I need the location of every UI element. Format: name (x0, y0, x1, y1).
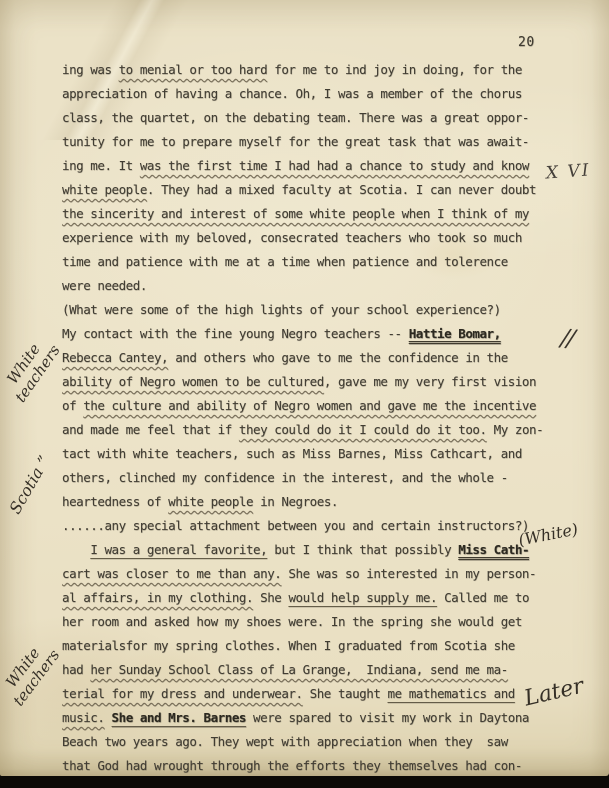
typed-text-segment: others, clinched my confidence in the in… (62, 470, 508, 485)
typed-line: that God had wrought through the efforts… (62, 754, 562, 778)
typed-line: terial for my dress and underwear. She t… (62, 682, 562, 706)
typed-line: al affairs, in my clothing. She would he… (62, 586, 562, 610)
typed-text-segment (62, 542, 90, 557)
typed-text-segment: were needed. (62, 278, 147, 293)
typed-line: experience with my beloved, consecrated … (62, 226, 562, 250)
handwritten-note-white-teachers-2: White teachers (0, 631, 68, 715)
underlined-text: I was a general favorite, (90, 542, 267, 557)
typed-text-segment: had (62, 662, 90, 677)
typed-line: were needed. (62, 274, 562, 298)
typed-text-segment: that God had wrought through the efforts… (62, 758, 522, 773)
typed-text-segment: materialsfor my spring clothes. When I g… (62, 638, 515, 653)
underlined-text: the culture and ability of Negro women a… (83, 398, 536, 413)
handwritten-note-white-teachers-1: White teachers (0, 327, 67, 410)
typed-text-segment: tact with white teachers, such as Miss B… (62, 446, 522, 461)
typed-text-segment: She was so interested in my person- (281, 566, 536, 581)
underlined-text: the sincerity and interest of some white… (62, 206, 529, 221)
typed-text-segment: and made me feel that if (62, 422, 239, 437)
page-number: 20 (518, 35, 535, 50)
typed-line: Beach two years ago. They wept with appr… (62, 730, 562, 754)
typed-line: I was a general favorite, but I think th… (62, 538, 562, 562)
typed-line: ......any special attachment between you… (62, 514, 562, 538)
typed-text-segment: her room and asked how my shoes were. In… (62, 614, 522, 629)
underlined-text: Rebecca Cantey, (62, 350, 168, 365)
typed-text-segment: for me to ind joy in doing, for the (267, 62, 522, 77)
typed-line: others, clinched my confidence in the in… (62, 466, 562, 490)
underlined-text: Miss Cath- (458, 542, 529, 557)
underlined-text: Hattie Bomar, (409, 326, 501, 341)
typed-text-segment: , gave me my very first vision (324, 374, 536, 389)
typed-text-segment: of (62, 398, 83, 413)
underlined-text: me mathematics and (388, 686, 515, 701)
typed-line: ability of Negro women to be cultured, g… (62, 370, 562, 394)
underlined-text: ability of Negro women to be cultured (62, 374, 324, 389)
underlined-text: white people (168, 494, 253, 509)
typed-text-segment: She (253, 590, 288, 605)
typed-line: ing was to menial or too hard for me to … (62, 58, 562, 82)
typed-text-segment: My contact with the fine young Negro tea… (62, 326, 409, 341)
typed-text-segment: class, the quartet, on the debating team… (62, 110, 529, 125)
typed-line: materialsfor my spring clothes. When I g… (62, 634, 562, 658)
typewritten-page: 20 ing was to menial or too hard for me … (0, 0, 609, 776)
typed-text-segment: ......any special attachment between you… (62, 518, 529, 533)
typed-line: white people. They had a mixed faculty a… (62, 178, 562, 202)
underlined-text: her Sunday School Class of La Grange, In… (90, 662, 507, 677)
typed-line: appreciation of having a chance. Oh, I w… (62, 82, 562, 106)
typed-line: Rebecca Cantey, and others who gave to m… (62, 346, 562, 370)
typed-line: the sincerity and interest of some white… (62, 202, 562, 226)
typed-text: ing was to menial or too hard for me to … (62, 58, 562, 778)
typed-line: (What were some of the high lights of yo… (62, 298, 562, 322)
underlined-text: music. (62, 710, 104, 725)
typed-line: time and patience with me at a time when… (62, 250, 562, 274)
typed-text-segment: heartedness of (62, 494, 168, 509)
typed-text-segment: ing was (62, 62, 119, 77)
typed-text-segment: Called me to (437, 590, 529, 605)
underlined-text: would help supply me. (288, 590, 437, 605)
typed-text-segment: tunity for me to prepare myself for the … (62, 134, 529, 149)
underlined-text: She and Mrs. Barnes (112, 710, 246, 725)
typed-line: ing me. It was the first time I had had … (62, 154, 562, 178)
typed-text-segment: and others who gave to me the confidence… (168, 350, 508, 365)
underlined-text: to menial or too hard (119, 62, 268, 77)
typed-text-segment: My zon- (487, 422, 544, 437)
typed-text-segment: but I think that possibly (267, 542, 458, 557)
underlined-text: al affairs, in my clothing. (62, 590, 253, 605)
typed-text-segment: Beach two years ago. They wept with appr… (62, 734, 508, 749)
underlined-text: they could do it I could do it too. (239, 422, 487, 437)
typed-text-segment: (What were some of the high lights of yo… (62, 302, 501, 317)
typed-text-segment: in Negroes. (253, 494, 338, 509)
typed-line: music. She and Mrs. Barnes were spared t… (62, 706, 562, 730)
underlined-text: white people (62, 182, 147, 197)
typed-line: class, the quartet, on the debating team… (62, 106, 562, 130)
typed-line: and made me feel that if they could do i… (62, 418, 562, 442)
typed-text-segment (104, 710, 111, 725)
typed-line: of the culture and ability of Negro wome… (62, 394, 562, 418)
typed-line: heartedness of white people in Negroes. (62, 490, 562, 514)
typed-text-segment: She taught (303, 686, 388, 701)
typed-text-segment: . They had a mixed faculty at Scotia. I … (147, 182, 536, 197)
typed-text-segment: experience with my beloved, consecrated … (62, 230, 522, 245)
typed-line: had her Sunday School Class of La Grange… (62, 658, 562, 682)
underlined-text: terial for my dress and underwear. (62, 686, 303, 701)
typed-text-segment: appreciation of having a chance. Oh, I w… (62, 86, 522, 101)
typed-line: My contact with the fine young Negro tea… (62, 322, 562, 346)
typed-text-segment: were spared to visit my work in Daytona (246, 710, 529, 725)
typed-line: tact with white teachers, such as Miss B… (62, 442, 562, 466)
handwritten-note-scotia: Scotia ” (6, 453, 54, 517)
typed-text-segment: ing me. It (62, 158, 140, 173)
typed-line: cart was closer to me than any. She was … (62, 562, 562, 586)
underlined-text: cart was closer to me than any. (62, 566, 281, 581)
typed-text-segment: time and patience with me at a time when… (62, 254, 508, 269)
typed-line: tunity for me to prepare myself for the … (62, 130, 562, 154)
underlined-text: was the first time I had had a chance to… (140, 158, 529, 173)
typed-line: her room and asked how my shoes were. In… (62, 610, 562, 634)
